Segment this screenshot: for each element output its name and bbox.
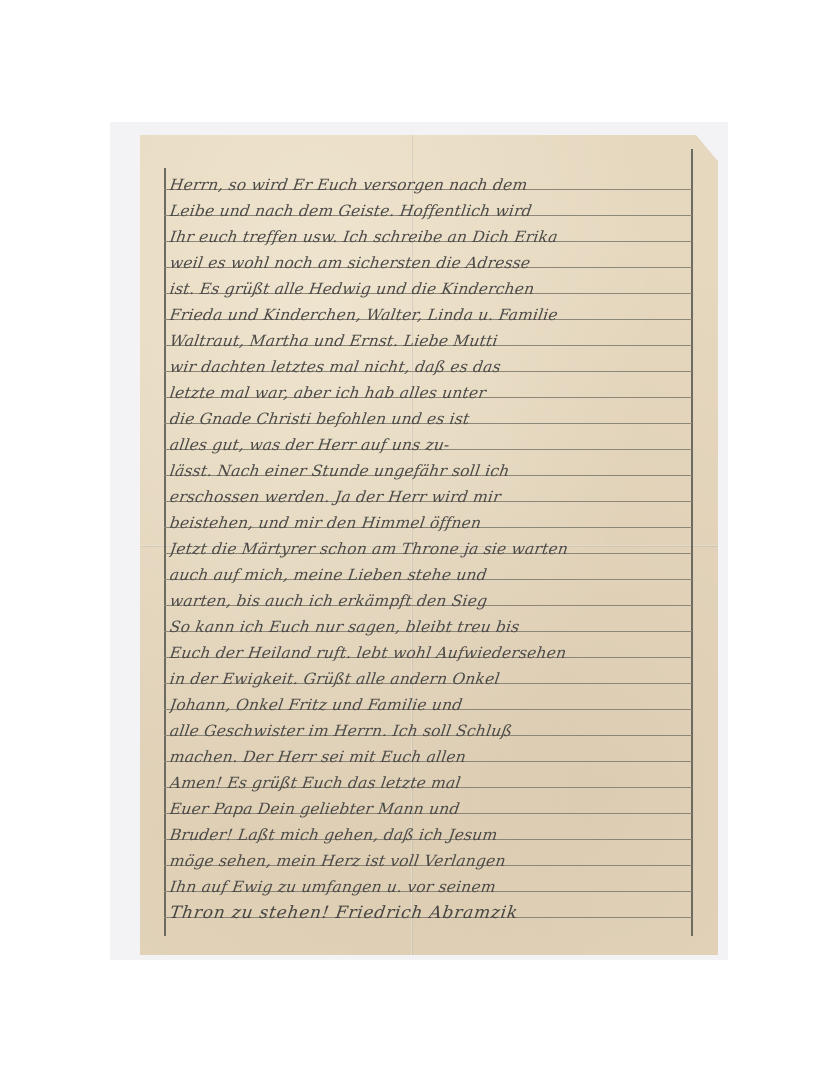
text-line: Frieda und Kinderchen, Walter, Linda u. … (168, 302, 688, 328)
text-line: Johann, Onkel Fritz und Familie und (168, 692, 688, 718)
text-line: letzte mal war, aber ich hab alles unter (168, 380, 688, 406)
text-line: in der Ewigkeit. Grüßt alle andern Onkel (168, 666, 688, 692)
text-line: Euch der Heiland ruft. lebt wohl Aufwied… (168, 640, 688, 666)
text-line: Bruder! Laßt mich gehen, daß ich Jesum (168, 822, 688, 848)
text-line: Waltraut, Martha und Ernst. Liebe Mutti (168, 328, 688, 354)
text-line: Ihn auf Ewig zu umfangen u. vor seinem (168, 874, 688, 900)
text-line: die Gnade Christi befohlen und es ist (168, 406, 688, 432)
text-line: Ihr euch treffen usw. Ich schreibe an Di… (168, 224, 688, 250)
text-line: weil es wohl noch am sichersten die Adre… (168, 250, 688, 276)
text-line: wir dachten letztes mal nicht, daß es da… (168, 354, 688, 380)
text-line: machen. Der Herr sei mit Euch allen (168, 744, 688, 770)
text-line: ist. Es grüßt alle Hedwig und die Kinder… (168, 276, 688, 302)
text-line: So kann ich Euch nur sagen, bleibt treu … (168, 614, 688, 640)
text-line: alle Geschwister im Herrn. Ich soll Schl… (168, 718, 688, 744)
left-margin-line (164, 168, 166, 936)
text-line: erschossen werden. Ja der Herr wird mir (168, 484, 688, 510)
text-line: warten, bis auch ich erkämpft den Sieg (168, 588, 688, 614)
text-line: Jetzt die Märtyrer schon am Throne ja si… (168, 536, 688, 562)
text-line: beistehen, und mir den Himmel öffnen (168, 510, 688, 536)
text-line: Amen! Es grüßt Euch das letzte mal (168, 770, 688, 796)
text-line: alles gut, was der Herr auf uns zu- (168, 432, 688, 458)
text-line: lässt. Nach einer Stunde ungefähr soll i… (168, 458, 688, 484)
signature-line: Thron zu stehen! Friedrich Abramzik (168, 900, 688, 926)
text-line: Euer Papa Dein geliebter Mann und (168, 796, 688, 822)
text-line: auch auf mich, meine Lieben stehe und (168, 562, 688, 588)
text-line: Leibe und nach dem Geiste. Hoffentlich w… (168, 198, 688, 224)
text-line: Herrn, so wird Er Euch versorgen nach de… (168, 172, 688, 198)
text-line: möge sehen, mein Herz ist voll Verlangen (168, 848, 688, 874)
letter-paper: Herrn, so wird Er Euch versorgen nach de… (140, 135, 718, 955)
